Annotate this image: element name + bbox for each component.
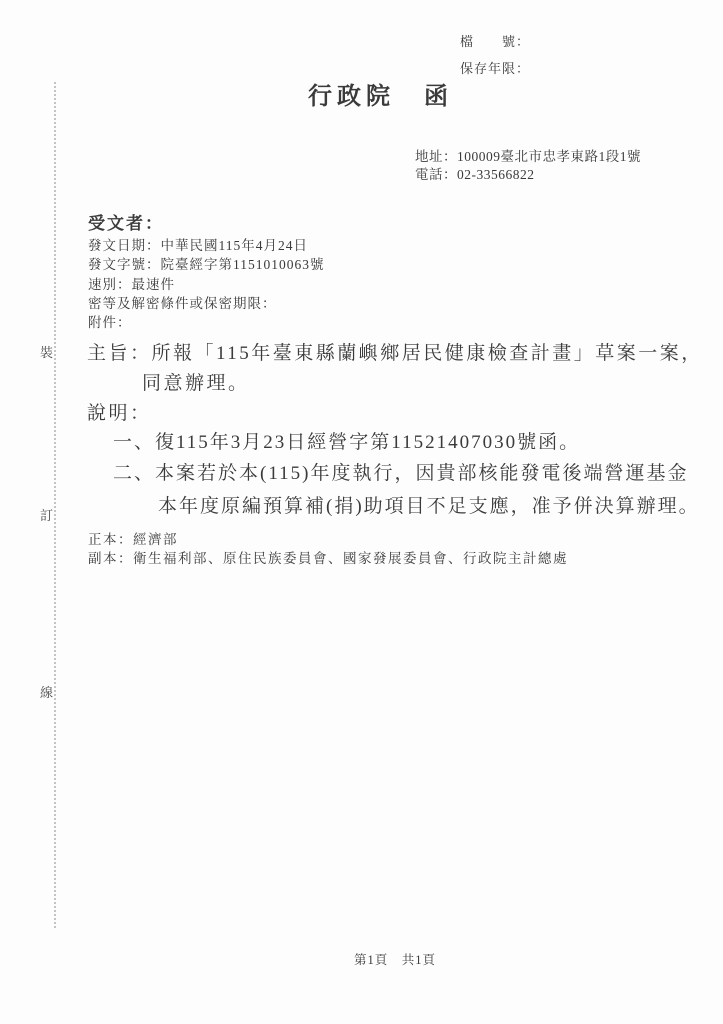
dispatch-metadata-block: 發文日期：中華民國115年4月24日 發文字號：院臺經字第1151010063號… bbox=[88, 236, 325, 332]
official-letter-page: 裝 訂 線 檔 號： 保存年限： 行政院 函 地址：100009臺北市忠孝東路1… bbox=[0, 0, 723, 1024]
sender-contact-block: 地址：100009臺北市忠孝東路1段1號 電話：02-33566822 bbox=[415, 148, 641, 183]
subject-line-1: 主旨：所報「115年臺東縣蘭嶼鄉居民健康檢查計畫」草案一案， bbox=[87, 338, 703, 365]
recipient-label: 受文者： bbox=[88, 209, 164, 234]
copies-block: 正本：經濟部 副本：衛生福利部、原住民族委員會、國家發展委員會、行政院主計總處 bbox=[88, 531, 568, 568]
archival-header-labels: 檔 號： 保存年限： bbox=[460, 28, 530, 82]
page-number-footer: 第1頁 共1頁 bbox=[354, 950, 436, 968]
original-copy-line: 正本：經濟部 bbox=[88, 531, 568, 550]
explanation-heading: 說明： bbox=[87, 398, 152, 425]
priority-line: 速別：最速件 bbox=[88, 275, 325, 294]
file-number-label: 檔 號： bbox=[460, 28, 530, 55]
retention-period-label: 保存年限： bbox=[460, 55, 530, 82]
sender-phone: 電話：02-33566822 bbox=[415, 166, 641, 184]
document-title: 行政院 函 bbox=[308, 76, 453, 111]
binding-mark-zhuang: 裝 bbox=[40, 340, 53, 363]
dispatch-date-line: 發文日期：中華民國115年4月24日 bbox=[88, 236, 325, 255]
binding-mark-xian: 線 bbox=[40, 680, 53, 703]
classification-line: 密等及解密條件或保密期限： bbox=[88, 294, 325, 313]
sender-address: 地址：100009臺北市忠孝東路1段1號 bbox=[415, 148, 641, 166]
explanation-item-1: 一、復115年3月23日經營字第11521407030號函。 bbox=[113, 427, 580, 454]
attachment-line: 附件： bbox=[88, 313, 325, 332]
carbon-copy-line: 副本：衛生福利部、原住民族委員會、國家發展委員會、行政院主計總處 bbox=[88, 550, 568, 569]
explanation-item-2-line-1: 二、本案若於本(115)年度執行，因貴部核能發電後端營運基金 bbox=[113, 458, 688, 485]
binding-dotted-line bbox=[54, 82, 56, 928]
binding-mark-ding: 訂 bbox=[40, 503, 53, 526]
dispatch-number-line: 發文字號：院臺經字第1151010063號 bbox=[88, 255, 325, 274]
subject-line-2: 同意辦理。 bbox=[142, 368, 250, 395]
explanation-item-2-line-2: 本年度原編預算補(捐)助項目不足支應，准予併決算辦理。 bbox=[158, 491, 700, 518]
